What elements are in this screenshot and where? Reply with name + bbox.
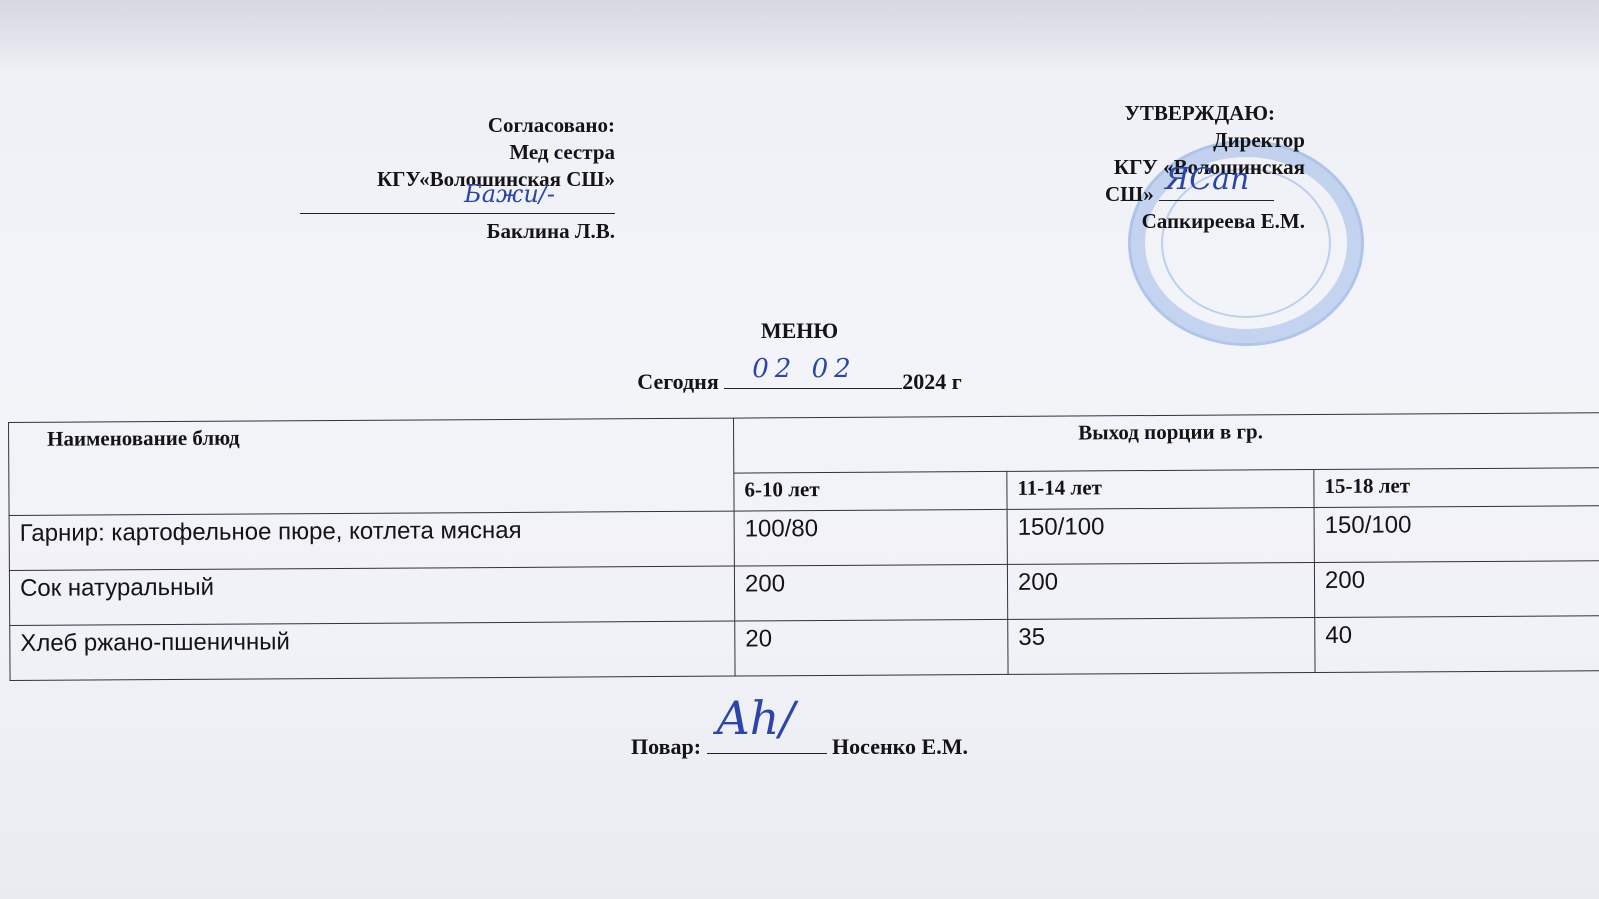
portion-value: 40 <box>1315 616 1599 673</box>
table-row: Сок натуральный 200 200 200 <box>9 561 1599 626</box>
approval-right: УТВЕРЖДАЮ: Директор КГУ «Волошинская СШ»… <box>1040 100 1305 235</box>
date-label: Сегодня <box>637 369 718 394</box>
portion-value: 20 <box>735 619 1008 676</box>
handwritten-date: 02 02 <box>752 354 856 384</box>
approval-right-heading: УТВЕРЖДАЮ: <box>1040 100 1275 127</box>
approval-left-position: Мед сестра <box>300 139 615 166</box>
handwritten-signature-cook: Ah/ <box>717 691 795 745</box>
date-line: Сегодня 02 02 2024 г <box>0 368 1599 395</box>
cook-signature-field: Ah/ <box>707 733 827 754</box>
approval-left: Согласовано: Мед сестра КГУ«Волошинская … <box>300 112 615 245</box>
approval-left-name: Баклина Л.В. <box>300 218 615 245</box>
portion-value: 200 <box>1007 563 1314 620</box>
portion-value: 150/100 <box>1007 508 1314 565</box>
approval-right-org-cont: СШ» ЯСап <box>1105 181 1305 208</box>
date-year: 2024 г <box>902 369 962 394</box>
portion-value: 200 <box>1314 561 1599 618</box>
cook-name: Носенко Е.М. <box>832 734 968 759</box>
header-age-15-18: 15-18 лет <box>1314 468 1599 508</box>
portion-value: 100/80 <box>734 509 1007 566</box>
signature-line-right: ЯСап <box>1159 182 1274 201</box>
approval-left-heading: Согласовано: <box>300 112 615 139</box>
approval-left-org: КГУ«Волошинская СШ» <box>300 166 615 193</box>
date-field: 02 02 <box>724 368 902 389</box>
paper-shadow <box>0 0 1599 70</box>
header-age-6-10: 6-10 лет <box>734 471 1007 511</box>
table-row: Гарнир: картофельное пюре, котлета мясна… <box>9 506 1599 571</box>
page-title: МЕНЮ <box>0 318 1599 344</box>
portion-value: 200 <box>734 564 1007 621</box>
header-dish: Наименование блюд <box>9 418 735 515</box>
menu-table: Наименование блюд Выход порции в гр. 6-1… <box>8 412 1599 681</box>
table-row: Хлеб ржано-пшеничный 20 35 40 <box>10 616 1599 681</box>
table-header-row: Наименование блюд Выход порции в гр. <box>9 413 1599 478</box>
portion-value: 150/100 <box>1314 506 1599 563</box>
handwritten-signature-right: ЯСап <box>1165 166 1249 193</box>
approval-right-position: Директор <box>1040 127 1305 154</box>
signature-line-left: Бажи/- <box>300 195 615 214</box>
dish-name: Гарнир: картофельное пюре, котлета мясна… <box>9 511 734 570</box>
dish-name: Сок натуральный <box>9 566 734 625</box>
portion-value: 35 <box>1008 618 1315 675</box>
header-age-11-14: 11-14 лет <box>1007 470 1314 510</box>
cook-signature-line: Повар: Ah/ Носенко Е.М. <box>0 733 1599 760</box>
approval-right-name: Сапкиреева Е.М. <box>1040 208 1305 235</box>
cook-label: Повар: <box>631 734 701 759</box>
handwritten-signature-left: Бажи/- <box>464 181 555 208</box>
header-portion: Выход порции в гр. <box>733 413 1599 473</box>
approval-right-org-suffix: СШ» <box>1105 182 1154 206</box>
dish-name: Хлеб ржано-пшеничный <box>10 621 735 680</box>
